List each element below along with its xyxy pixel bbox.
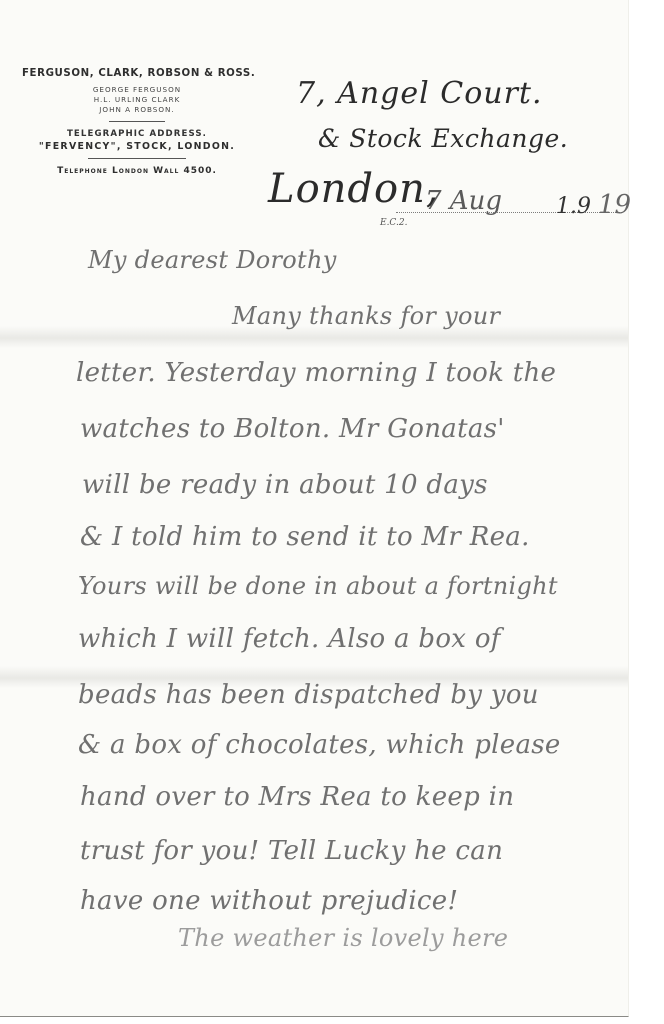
letter-line: & a box of chocolates, which please [78,730,561,760]
partner-name: GEORGE FERGUSON [22,85,252,95]
letter-line: Yours will be done in about a fortnight [78,572,558,600]
letter-line: watches to Bolton. Mr Gonatas' [80,414,505,444]
partner-name: JOHN A ROBSON. [22,105,252,115]
letter-line: trust for you! Tell Lucky he can [80,836,503,866]
date-year-printed: 1.9 [556,194,591,219]
date-day-month: 7 Aug [425,186,502,216]
address-line-2: & Stock Exchange. [318,124,568,153]
firm-name: FERGUSON, CLARK, ROBSON & ROSS. [22,68,252,79]
letter-line: letter. Yesterday morning I took the [76,358,556,388]
letter-line: Many thanks for your [232,302,500,330]
postal-district: E.C.2. [380,218,407,228]
partner-name: H.L. URLING CLARK [22,95,252,105]
letter-line: which I will fetch. Also a box of [78,624,501,654]
letter-line: beads has been dispatched by you [78,680,539,710]
divider [88,158,186,159]
letter-line: & I told him to send it to Mr Rea. [80,522,530,552]
letter-line: hand over to Mrs Rea to keep in [80,782,514,812]
telegraphic-address: "FERVENCY", STOCK, LONDON. [22,141,252,152]
letter-line: The weather is lovely here [178,924,508,952]
letter-line: have one without prejudice! [80,886,458,916]
address-line-1: 7, Angel Court. [296,76,543,111]
date-year-handwritten: 19 [598,190,631,220]
letter-page: FERGUSON, CLARK, ROBSON & ROSS. GEORGE F… [0,0,629,1017]
address-city: London, [268,166,440,212]
salutation: My dearest Dorothy [88,246,337,274]
partners-list: GEORGE FERGUSON H.L. URLING CLARK JOHN A… [22,85,252,115]
divider [109,121,165,122]
letterhead: FERGUSON, CLARK, ROBSON & ROSS. GEORGE F… [22,68,252,176]
telephone-number: Telephone London Wall 4500. [22,166,252,176]
telegraphic-label: TELEGRAPHIC ADDRESS. [22,129,252,139]
letter-line: will be ready in about 10 days [82,470,488,500]
